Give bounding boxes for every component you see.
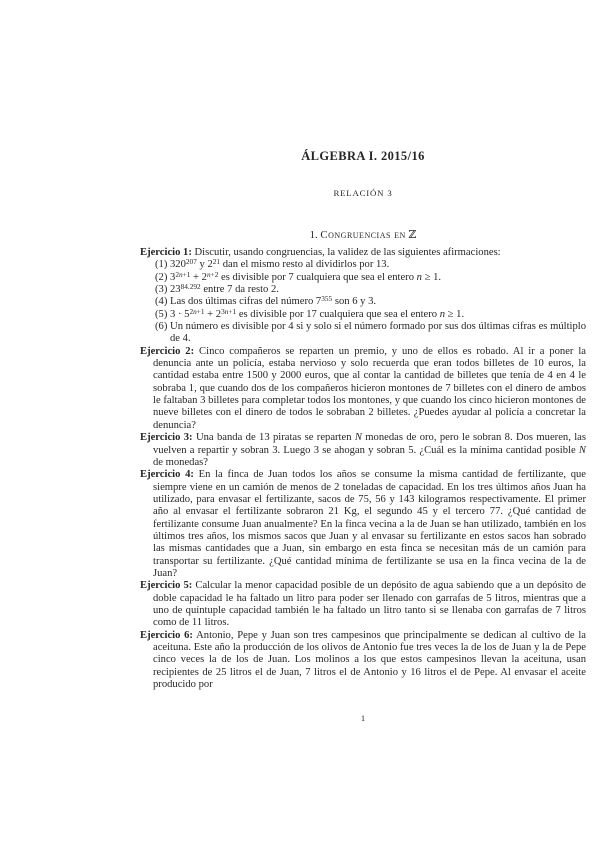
exercise-label: Ejercicio 1: bbox=[140, 247, 192, 258]
exercise-label: Ejercicio 4: bbox=[140, 469, 194, 480]
exercise: Ejercicio 6: Antonio, Pepe y Juan son tr… bbox=[140, 630, 586, 692]
item-number: (5) bbox=[155, 309, 167, 320]
section-name: Congruencias en bbox=[320, 229, 405, 241]
exercise-label: Ejercicio 6: bbox=[140, 630, 193, 641]
document-title: ÁLGEBRA I. 2015/16 bbox=[140, 149, 586, 164]
item-number: (6) bbox=[155, 321, 167, 332]
exercise-item: (4) Las dos últimas cifras del número 73… bbox=[140, 296, 586, 308]
exercise-item: (5) 3 · 52n+1 + 23n+1 es divisible por 1… bbox=[140, 309, 586, 321]
item-number: (4) bbox=[155, 296, 167, 307]
exercise: Ejercicio 2: Cinco compañeros se reparte… bbox=[140, 346, 586, 432]
page-number: 1 bbox=[140, 713, 586, 723]
exercise: Ejercicio 3: Una banda de 13 piratas se … bbox=[140, 432, 586, 469]
item-number: (2) bbox=[155, 272, 167, 283]
exercise-item: (2) 32n+1 + 2n+2 es divisible por 7 cual… bbox=[140, 272, 586, 284]
exercise-list: Ejercicio 1: Discutir, usando congruenci… bbox=[140, 247, 586, 691]
exercise-label: Ejercicio 3: bbox=[140, 432, 193, 443]
exercise-item: (3) 2384.292 entre 7 da resto 2. bbox=[140, 284, 586, 296]
section-heading: 1. Congruencias en ℤ bbox=[140, 228, 586, 241]
exercise: Ejercicio 1: Discutir, usando congruenci… bbox=[140, 247, 586, 259]
item-number: (1) bbox=[155, 259, 167, 270]
exercise-item: (6) Un número es divisible por 4 si y so… bbox=[140, 321, 586, 346]
item-number: (3) bbox=[155, 284, 167, 295]
document-page: ÁLGEBRA I. 2015/16 RELACIÓN 3 1. Congrue… bbox=[0, 0, 599, 848]
exercise-label: Ejercicio 5: bbox=[140, 580, 192, 591]
document-subtitle: RELACIÓN 3 bbox=[140, 188, 586, 198]
exercise-label: Ejercicio 2: bbox=[140, 346, 194, 357]
section-number: 1. bbox=[310, 229, 318, 241]
exercise: Ejercicio 5: Calcular la menor capacidad… bbox=[140, 580, 586, 629]
exercise: Ejercicio 4: En la finca de Juan todos l… bbox=[140, 469, 586, 580]
integers-symbol: ℤ bbox=[409, 229, 417, 241]
